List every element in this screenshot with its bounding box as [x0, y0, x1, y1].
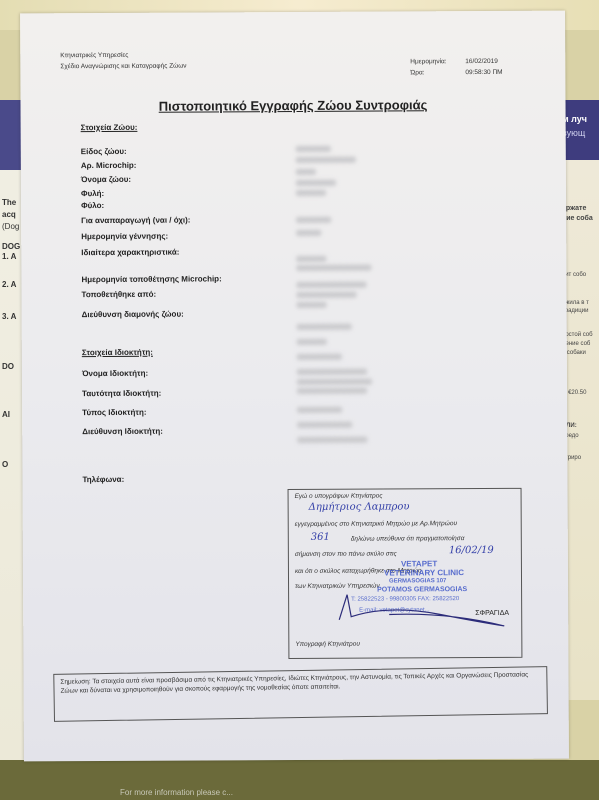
- field-microchip-date: Ημερομηνία τοποθέτησης Microchip:: [81, 274, 221, 284]
- poster-right-band: м луч вующ: [560, 100, 599, 160]
- poster-text: The: [2, 198, 16, 207]
- field-animal-address: Διεύθυνση διαμονής ζώου:: [82, 310, 184, 320]
- time-value: 09:58:30 ΠΜ: [465, 69, 502, 76]
- poster-text: O: [2, 460, 8, 469]
- poster-text: 3. A: [2, 312, 16, 321]
- background-poster-bottom: For more information please c...: [0, 760, 599, 800]
- header-issuer: Κτηνιατρικές Υπηρεσίες Σχέδιο Αναγνώριση…: [60, 50, 186, 73]
- time-label: Ώρα:: [410, 67, 465, 78]
- poster-text: DO: [2, 362, 14, 371]
- declaration-line: σήμανση στον πιο πάνω σκύλο στις: [295, 550, 397, 558]
- poster-text: DOG: [2, 242, 20, 251]
- signature-scribble-icon: [329, 584, 519, 630]
- field-breeding: Για αναπαραγωγή (ναι / όχι):: [81, 216, 190, 226]
- poster-text: 1. A: [2, 252, 16, 261]
- declaration-line: δηλώνω υπεύθυνα ότι πραγματοποίησα: [351, 535, 465, 543]
- date-handwritten: 16/02/19: [449, 545, 494, 556]
- field-owner-type: Τύπος Ιδιοκτήτη:: [82, 408, 146, 417]
- field-animal-species: Είδος ζώου:: [81, 147, 127, 156]
- poster-text: (Dog: [2, 222, 19, 231]
- poster-text: AI: [2, 410, 10, 419]
- field-sex: Φύλο:: [81, 201, 104, 210]
- date-label: Ημερομηνία:: [410, 56, 465, 67]
- signature-label: Υπογραφή Κτηνιάτρου: [295, 641, 360, 648]
- owner-section-heading: Στοιχεία Ιδιοκτήτη:: [82, 348, 153, 357]
- field-special-characteristics: Ιδιαίτερα χαρακτηριστικά:: [81, 248, 179, 258]
- field-breed: Φυλή:: [81, 189, 104, 198]
- poster-bottom-text: For more information please c...: [120, 788, 233, 797]
- field-animal-name: Όνομα ζώου:: [81, 175, 131, 184]
- field-owner-id: Ταυτότητα Ιδιοκτήτη:: [82, 389, 161, 398]
- vet-declaration-box: Εγώ ο υπογράφων Κτηνίατρος Δημήτριος Λαμ…: [288, 488, 523, 659]
- issuer-program: Σχέδιο Αναγνώρισης και Καταγραφής Ζώων: [60, 61, 186, 73]
- registry-number-handwritten: 361: [311, 532, 330, 543]
- poster-band-text: м луч: [562, 114, 587, 124]
- seal-label: ΣΦΡΑΓΙΔΑ: [475, 610, 509, 617]
- poster-text: acq: [2, 210, 16, 219]
- field-microchip-number: Αρ. Microchip:: [81, 161, 137, 170]
- clinic-stamp: VETAPET VETERINARY CLINIC GERMASOGIAS 10…: [289, 489, 521, 490]
- poster-text: ние соба: [562, 215, 593, 222]
- privacy-note: Σημείωση: Τα στοιχεία αυτά είναι προσβάσ…: [53, 666, 548, 722]
- issuer-name: Κτηνιατρικές Υπηρεσίες: [60, 50, 186, 62]
- vet-name-handwritten: Δημήτριος Λαμπρου: [309, 501, 410, 513]
- document-title: Πιστοποιητικό Εγγραφής Ζώου Συντροφιάς: [20, 97, 565, 115]
- header-datetime: Ημερομηνία:16/02/2019 Ώρα:09:58:30 ΠΜ: [410, 56, 502, 78]
- field-implanted-by: Τοποθετήθηκε από:: [81, 290, 156, 299]
- registration-certificate: Κτηνιατρικές Υπηρεσίες Σχέδιο Αναγνώριση…: [20, 11, 569, 762]
- field-owner-name: Όνομα Ιδιοκτήτη:: [82, 369, 148, 378]
- field-owner-address: Διεύθυνση Ιδιοκτήτη:: [82, 427, 163, 436]
- field-phones: Τηλέφωνα:: [82, 475, 124, 484]
- poster-text: 2. A: [2, 280, 16, 289]
- date-value: 16/02/2019: [465, 58, 498, 65]
- field-birth-date: Ημερομηνία γέννησης:: [81, 232, 168, 241]
- animal-section-heading: Στοιχεία Ζώου:: [81, 123, 138, 132]
- declaration-line: εγγεγραμμένος στο Κτηνιατρικό Μητρώο με …: [295, 520, 457, 528]
- declaration-line: Εγώ ο υπογράφων Κτηνίατρος: [295, 493, 383, 500]
